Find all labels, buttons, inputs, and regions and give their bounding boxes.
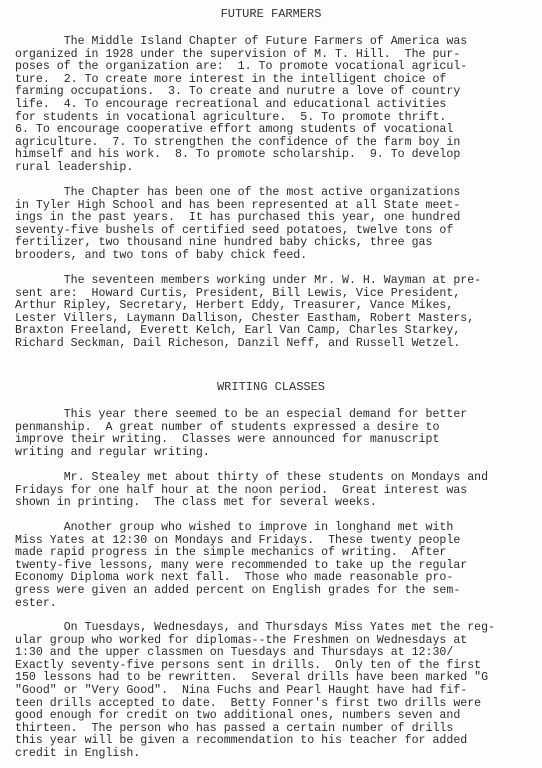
paragraph-ffa-intro: The Middle Island Chapter of Future Farm… (15, 36, 542, 175)
text-line: writing and regular writing. (15, 447, 542, 460)
text-line: rural leadership. (15, 162, 542, 175)
text-line: improve their writing. Classes were anno… (15, 434, 542, 447)
section-heading-future-farmers: FUTURE FARMERS (0, 7, 542, 21)
text-line: Richard Seckman, Dail Richeson, Danzil N… (15, 338, 542, 351)
text-line: The Middle Island Chapter of Future Farm… (15, 36, 542, 49)
paragraph-members: The seventeen members working under Mr. … (15, 275, 542, 351)
text-line: brooders, and two tons of baby chick fee… (15, 250, 542, 263)
text-line: "Good" or "Very Good". Nina Fuchs and Pe… (15, 685, 542, 698)
text-line: good enough for credit on two additional… (15, 710, 542, 723)
text-line: ester. (15, 598, 542, 611)
paragraph-longhand-group: Another group who wished to improve in l… (15, 522, 542, 610)
text-line: shown in printing. The class met for sev… (15, 497, 542, 510)
text-line: gress were given an added percent on Eng… (15, 585, 542, 598)
text-line: poses of the organization are: 1. To pro… (15, 61, 542, 74)
text-line: life. 4. To encourage recreational and e… (15, 99, 542, 112)
text-line: Another group who wished to improve in l… (15, 522, 542, 535)
paragraph-penmanship-demand: This year there seemed to be an especial… (15, 409, 542, 459)
text-line: credit in English. (15, 748, 542, 761)
paragraph-chapter-activities: The Chapter has been one of the most act… (15, 187, 542, 263)
text-line: On Tuesdays, Wednesdays, and Thursdays M… (15, 622, 542, 635)
text-line: ings in the past years. It has purchased… (15, 212, 542, 225)
paragraph-stealey-class: Mr. Stealey met about thirty of these st… (15, 472, 542, 510)
text-line: The seventeen members working under Mr. … (15, 275, 542, 288)
text-line: 1:30 and the upper classmen on Tuesdays … (15, 647, 542, 660)
text-line: Arthur Ripley, Secretary, Herbert Eddy, … (15, 300, 542, 313)
text-line: Mr. Stealey met about thirty of these st… (15, 472, 542, 485)
text-line: 6. To encourage cooperative effort among… (15, 124, 542, 137)
paragraph-diploma-group: On Tuesdays, Wednesdays, and Thursdays M… (15, 622, 542, 761)
document-page: FUTURE FARMERS The Middle Island Chapter… (0, 0, 542, 768)
section-heading-writing-classes: WRITING CLASSES (0, 380, 542, 394)
text-line: made rapid progress in the simple mechan… (15, 547, 542, 560)
text-line: This year there seemed to be an especial… (15, 409, 542, 422)
text-line: The Chapter has been one of the most act… (15, 187, 542, 200)
